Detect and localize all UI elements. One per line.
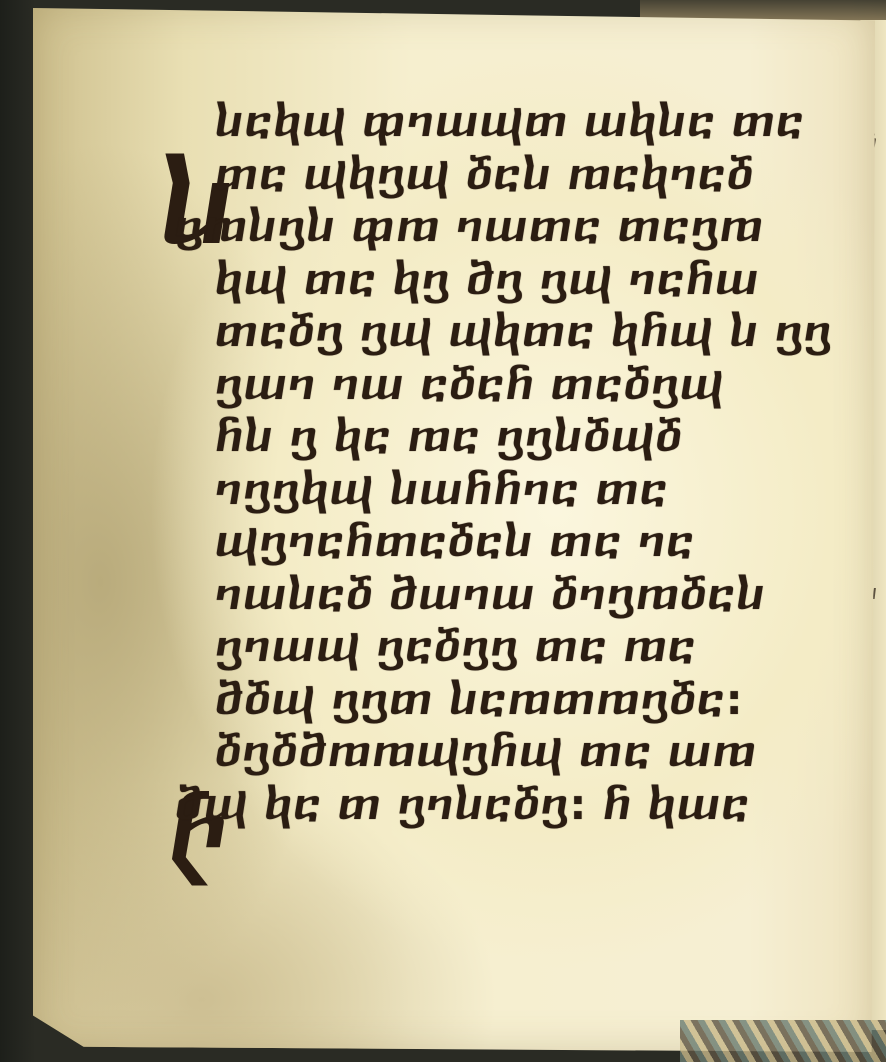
text-line: ⴑⴀⴉⴓ ⴔⴈⴍⴓⴇ ⴍⴉⴑⴀ ⴇⴀ (175, 96, 795, 149)
text-line: ⴌⴑ ⴂ ⴉⴀ ⴊⴀ ⴂⴂⴑⴃⴓⴃ (175, 411, 795, 464)
text-line: ⴈⴍⴑⴀⴃ ⴋⴍⴈⴍ ⴃⴈⴂⴊⴃⴀⴑ (175, 569, 795, 622)
photo-scene: ⴌ ⴑ ⴑ ⴡ ⴑⴀⴉⴓ ⴔⴈⴍⴓⴇ ⴍⴉⴑⴀ ⴇⴀ ⴇⴀ ⴓⴉⴂⴓ ⴃⴀⴑ ⴊ… (0, 0, 886, 1062)
text-line: ⴇⴀ ⴓⴉⴂⴓ ⴃⴀⴑ ⴊⴀⴉⴈⴀⴃ (175, 149, 795, 202)
text-line: ⴂⴊⴑⴂⴑ ⴔⴊ ⴈⴍⴇⴀ ⴇⴀⴂⴊ (175, 201, 795, 254)
text-line: ⴉⴓ ⴇⴀ ⴉⴂ ⴋⴂ ⴂⴓ ⴈⴀⴌⴍ (175, 254, 795, 307)
text-line: ⴋⴓ ⴉⴀ ⴇ ⴂⴈⴑⴀⴃⴂ: ⴌ ⴉⴍⴀ (175, 779, 795, 832)
text-line: ⴓⴂⴈⴀⴌⴇⴀⴃⴀⴑ ⴇⴀ ⴈⴀ (175, 516, 795, 569)
text-line: ⴂⴍⴈ ⴈⴍ ⴀⴃⴀⴌ ⴇⴀⴃⴂⴓ (175, 359, 795, 412)
text-line: ⴋⴃⴓ ⴂⴂⴇ ⴑⴀⴊⴇⴊⴂⴃⴀ: (175, 674, 795, 727)
text-line: ⴃⴂⴃⴋⴊⴊⴓⴂⴌⴓ ⴇⴀ ⴍⴊ (175, 726, 795, 779)
text-line: ⴂⴈⴍⴓ ⴂⴀⴃⴂⴂ ⴇⴀ ⴊⴀ (175, 621, 795, 674)
book-binding-bottom (680, 1020, 886, 1062)
text-line: ⴇⴀⴃⴂ ⴂⴓ ⴓⴉⴇⴀ ⴉⴌⴓ ⴑ ⴂⴂ (175, 306, 795, 359)
manuscript-text: ⴑⴀⴉⴓ ⴔⴈⴍⴓⴇ ⴍⴉⴑⴀ ⴇⴀ ⴇⴀ ⴓⴉⴂⴓ ⴃⴀⴑ ⴊⴀⴉⴈⴀⴃ ⴂⴊ… (175, 96, 795, 831)
text-line: ⴈⴂⴂⴉⴓ ⴑⴍⴌⴌⴈⴀ ⴇⴀ (175, 464, 795, 517)
